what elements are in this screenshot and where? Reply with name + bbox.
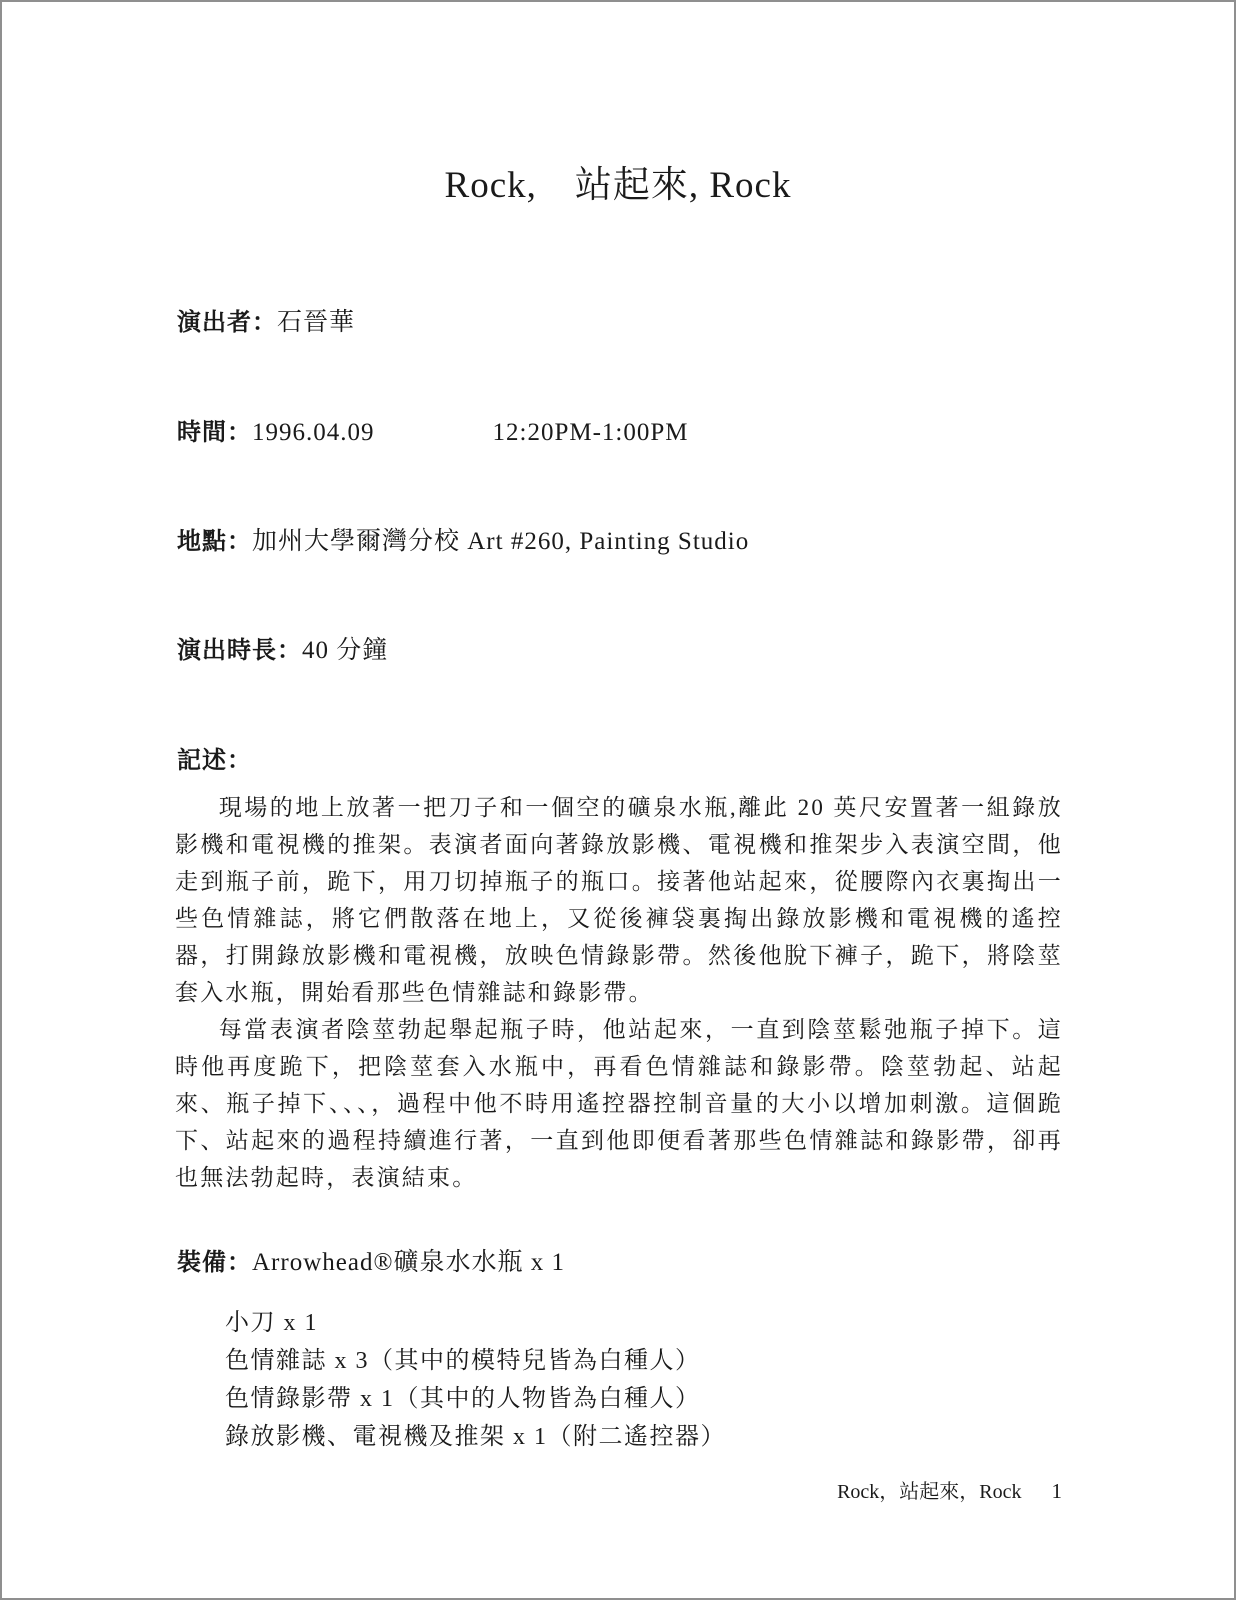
equipment-item-videotape: 色情錄影帶 x 1（其中的人物皆為白種人） [225, 1380, 1065, 1418]
document-title: Rock, 站起來, Rock [2, 154, 1234, 208]
equipment-first-item: Arrowhead®礦泉水水瓶 x 1 [252, 1249, 565, 1276]
performer-row: 演出者：石晉華 [177, 302, 1058, 338]
performer-label: 演出者： [177, 309, 277, 336]
time-date: 1996.04.09 [252, 419, 375, 446]
equipment-list: 小刀 x 1 色情雜誌 x 3（其中的模特兒皆為白種人） 色情錄影帶 x 1（其… [225, 1304, 1065, 1456]
description-paragraph-1: 現場的地上放著一把刀子和一個空的礦泉水瓶,離此 20 英尺安置著一組錄放影機和電… [175, 789, 1063, 1011]
page-footer: Rock，站起來，Rock1 [2, 1475, 1062, 1504]
description-label: 記述： [177, 747, 252, 774]
duration-value: 40 分鐘 [302, 637, 388, 664]
equipment-item-knife: 小刀 x 1 [225, 1304, 1065, 1342]
equipment-label: 裝備： [177, 1249, 252, 1276]
equipment-row: 裝備：Arrowhead®礦泉水水瓶 x 1 [177, 1242, 1058, 1278]
description-paragraph-2: 每當表演者陰莖勃起舉起瓶子時，他站起來，一直到陰莖鬆弛瓶子掉下。這時他再度跪下，… [175, 1011, 1063, 1196]
location-value: 加州大學爾灣分校 Art #260, Painting Studio [252, 528, 749, 555]
duration-row: 演出時長：40 分鐘 [177, 630, 1058, 666]
location-label: 地點： [177, 528, 252, 555]
time-range: 12:20PM-1:00PM [493, 419, 689, 446]
footer-running-title: Rock，站起來，Rock [837, 1481, 1021, 1503]
time-row: 時間：1996.04.0912:20PM-1:00PM [177, 412, 1058, 447]
location-row: 地點：加州大學爾灣分校 Art #260, Painting Studio [177, 521, 1058, 557]
footer-page-number: 1 [1052, 1479, 1063, 1504]
duration-label: 演出時長： [177, 637, 302, 664]
equipment-item-vcr-tv-cart: 錄放影機、電視機及推架 x 1（附二遙控器） [225, 1418, 1065, 1456]
description-label-row: 記述： [177, 740, 1058, 775]
description-body: 現場的地上放著一把刀子和一個空的礦泉水瓶,離此 20 英尺安置著一組錄放影機和電… [175, 789, 1063, 1196]
equipment-item-magazines: 色情雜誌 x 3（其中的模特兒皆為白種人） [225, 1342, 1065, 1380]
performer-value: 石晉華 [277, 309, 355, 336]
time-label: 時間： [177, 419, 252, 446]
document-page: Rock, 站起來, Rock 演出者：石晉華 時間：1996.04.0912:… [0, 0, 1236, 1600]
